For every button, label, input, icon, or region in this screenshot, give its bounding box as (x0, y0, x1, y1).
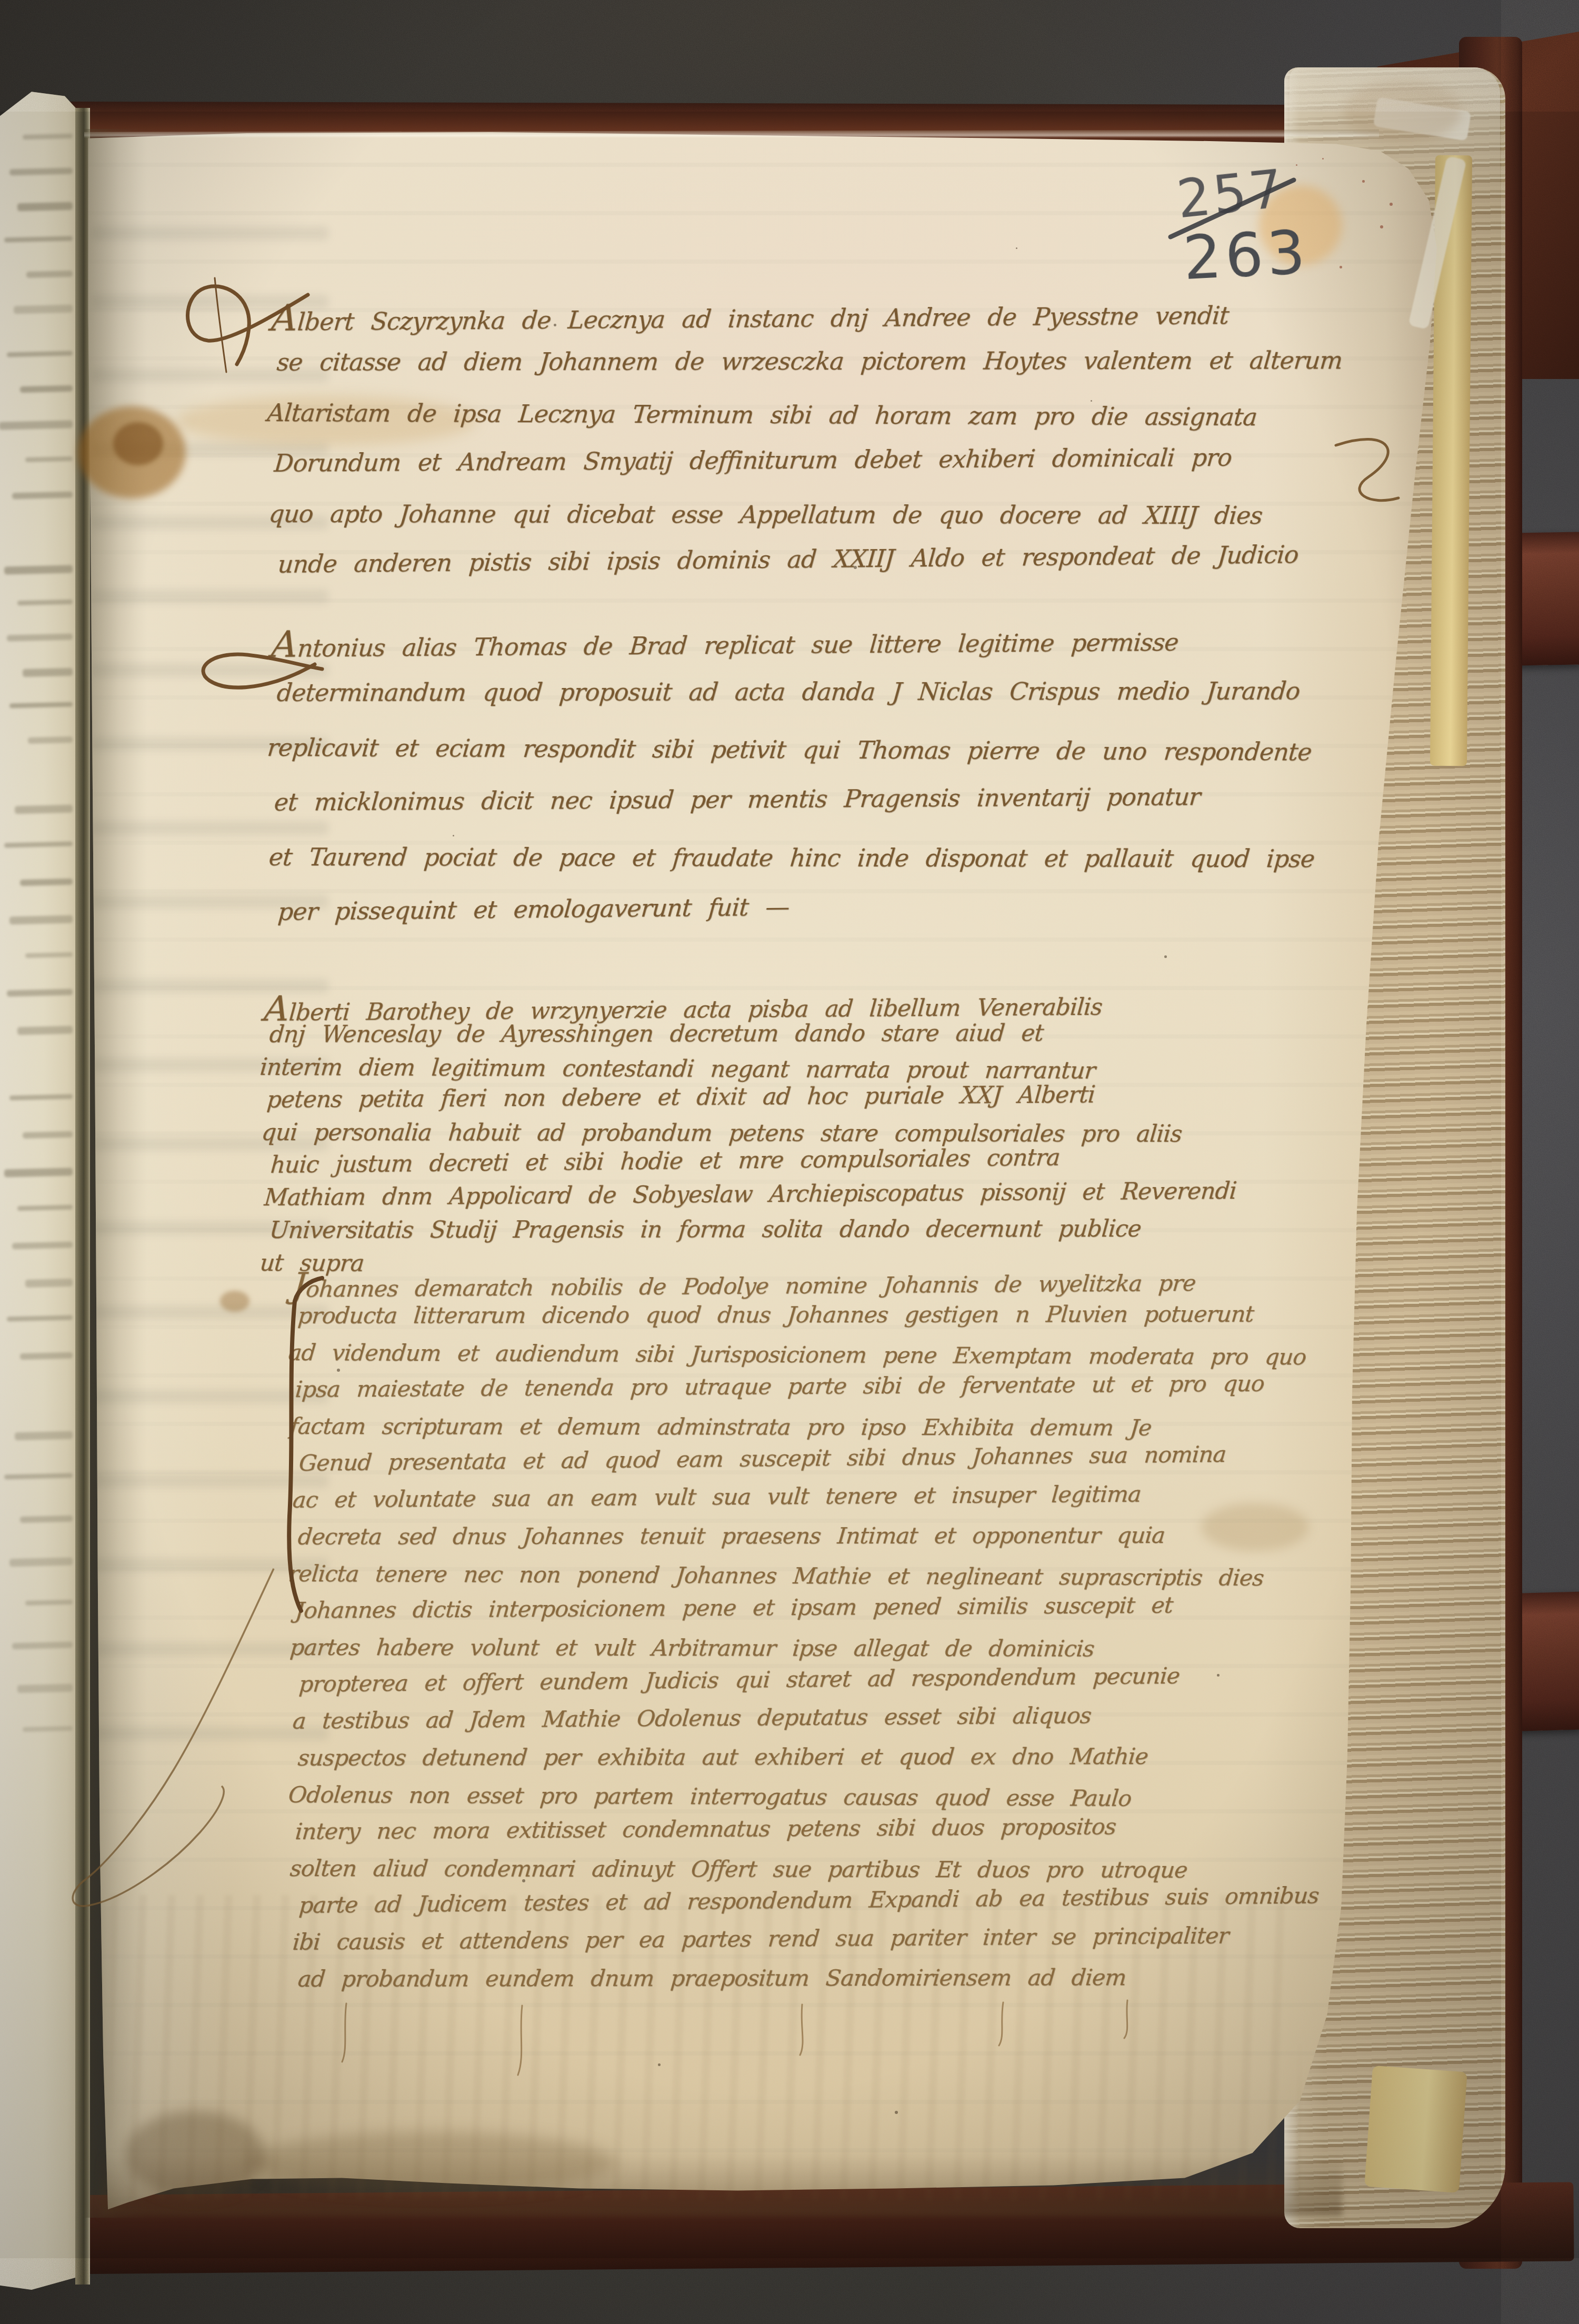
descender-strokes (342, 2000, 1127, 2075)
pen-flourishes-layer (0, 0, 1579, 2324)
initial-flourish-icon (203, 654, 322, 687)
folio-strikethrough (1171, 180, 1294, 237)
manuscript-photo: Albert Sczyrzynka de Lecznya ad instanc … (0, 0, 1579, 2324)
line-end-swirl-icon (1336, 440, 1398, 501)
initial-stem-icon (289, 1278, 322, 1611)
initial-flourish-icon (187, 278, 308, 372)
margin-lasso-flourish-icon (73, 1569, 274, 1906)
